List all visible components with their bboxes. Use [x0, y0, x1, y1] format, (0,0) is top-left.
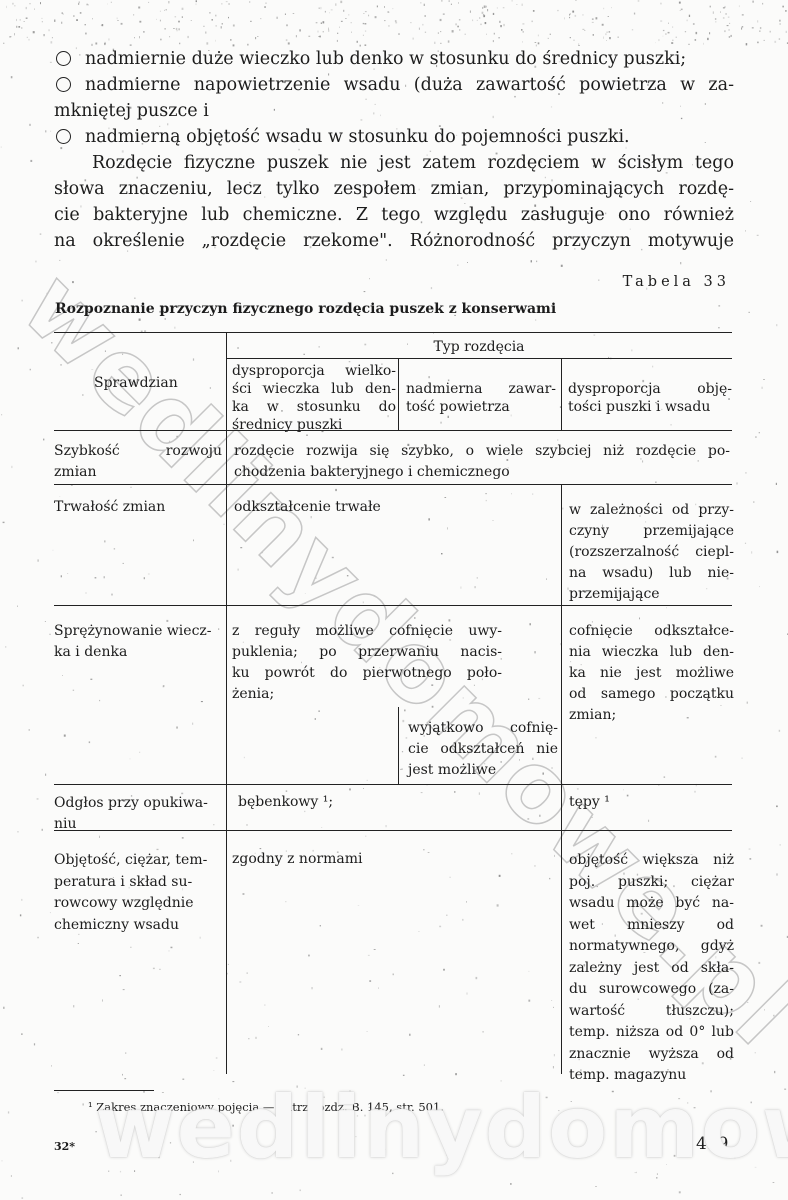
- header-col-2: nadmierna zawar-tość powietrza: [406, 380, 556, 416]
- col-rule: [226, 332, 227, 1074]
- row-rule: [54, 605, 732, 606]
- paragraph-line: cie bakteryjne lub chemiczne. Z tego wzg…: [54, 202, 734, 228]
- watermark-bottom: wedlinydomowe.pl: [95, 1078, 788, 1178]
- cell-line: peratura i skład su-: [54, 872, 207, 894]
- cell-line: ka i denka: [54, 642, 212, 663]
- cell-line: tości puszki i wsadu: [568, 398, 732, 416]
- bullet-item: nadmierne napowietrzenie wsadu (duża zaw…: [54, 72, 734, 98]
- cell-line: du surowcowego (za-: [569, 979, 734, 1001]
- bullet-text: nadmiernie duże wieczko lub denko w stos…: [85, 46, 686, 72]
- circle-bullet-icon: [56, 77, 71, 92]
- circle-bullet-icon: [56, 129, 71, 144]
- cell-line: wartość tłuszczu);: [569, 1001, 734, 1023]
- bullet-text: nadmierne napowietrzenie wsadu (duża zaw…: [85, 72, 734, 98]
- row-value-col3: objętość większa niżpoj. puszki; ciężarw…: [569, 850, 734, 1087]
- cell-line: w zależności od przy-: [569, 500, 734, 521]
- footnote-rule: [54, 1090, 154, 1091]
- intro-text: nadmiernie duże wieczko lub denko w stos…: [54, 46, 734, 254]
- cell-line: zmian;: [569, 705, 734, 726]
- cell-line: rowcowy względnie: [54, 893, 207, 915]
- row-value-col3: cofnięcie odkształce-nia wieczka lub den…: [569, 621, 734, 726]
- cell-line: z reguły możliwe cofnięcie uwy-: [232, 621, 502, 642]
- bullet-continuation: mkniętej puszce i: [54, 98, 734, 124]
- paragraph-line: na określenie „rozdęcie rzekome". Różnor…: [54, 228, 734, 254]
- cell-line: niu: [54, 814, 208, 835]
- row-merged-value: rozdęcie rozwija się szybko, o wiele szy…: [234, 441, 730, 483]
- cell-line: normatywnego, gdyż: [569, 936, 734, 958]
- cell-line: wet mnieszy od: [569, 915, 734, 937]
- bullet-item: nadmiernie duże wieczko lub denko w stos…: [54, 46, 734, 72]
- cell-line: ka w stosunku do: [232, 398, 396, 416]
- col-rule: [398, 358, 399, 430]
- cell-line: zgodny z normami: [232, 850, 362, 868]
- col-rule: [561, 358, 562, 430]
- row-value-col3: w zależności od przy-czyny przemijające(…: [569, 500, 734, 605]
- cell-line: Odgłos przy opukiwa-: [54, 793, 208, 814]
- cell-line: nadmierna zawar-: [406, 380, 556, 398]
- row-label: Sprężynowanie wiecz-ka i denka: [54, 621, 212, 663]
- row-label: Objętość, ciężar, tem-peratura i skład s…: [54, 850, 207, 936]
- cell-line: (rozszerzalność ciepl-: [569, 542, 734, 563]
- header-col-1: dysproporcja wielko-ści wieczka lub den-…: [232, 362, 396, 434]
- cell-line: żenia;: [232, 684, 502, 705]
- cell-line: dysproporcja obję-: [568, 380, 732, 398]
- cell-line: ści wieczka lub den-: [232, 380, 396, 398]
- page-number: 499: [696, 1134, 728, 1154]
- bullet-text: nadmierną objętość wsadu w stosunku do p…: [85, 124, 630, 150]
- table-rule-top: [54, 332, 732, 333]
- row-value-col2-sub: wyjątkowo cofnię-cie odkształceń niejest…: [408, 718, 558, 781]
- cell-line: objętość większa niż: [569, 850, 734, 872]
- footnote: ¹ Zakres znaczeniowy pojęcia — patrz roz…: [88, 1100, 444, 1114]
- cell-line: temp. magazynu: [569, 1065, 734, 1087]
- row-value-col3: tępy ¹: [569, 793, 610, 811]
- header-col-3: dysproporcja obję-tości puszki i wsadu: [568, 380, 732, 416]
- cell-line: odkształcenie trwałe: [234, 498, 381, 516]
- cell-line: poj. puszki; ciężar: [569, 872, 734, 894]
- paragraph: Rozdęcie fizyczne puszek nie jest zatem …: [54, 150, 734, 254]
- cell-line: cofnięcie odkształce-: [569, 621, 734, 642]
- cell-line: ku powrót do pierwotnego poło-: [232, 663, 502, 684]
- cell-line: czyny przemijające: [569, 521, 734, 542]
- cell-line: puklenia; po przerwaniu nacis-: [232, 642, 502, 663]
- row-value-cols12: zgodny z normami: [232, 850, 362, 868]
- sheet-signature: 32*: [54, 1140, 75, 1153]
- bullet-item: nadmierną objętość wsadu w stosunku do p…: [54, 124, 734, 150]
- cell-line: tępy ¹: [569, 793, 610, 811]
- cell-line: od samego początku: [569, 684, 734, 705]
- row-label: Odgłos przy opukiwa-niu: [54, 793, 208, 835]
- row-label: Szybkość rozwojuzmian: [54, 441, 222, 483]
- cell-line: rozdęcie rozwija się szybko, o wiele szy…: [234, 441, 730, 462]
- paragraph-line: słowa znaczeniu, lecz tylko zespołem zmi…: [54, 176, 734, 202]
- cell-line: Trwałość zmian: [54, 498, 165, 516]
- cell-line: wsadu może być na-: [569, 893, 734, 915]
- cell-line: Szybkość rozwoju: [54, 441, 222, 462]
- col-rule: [561, 484, 562, 1074]
- cell-line: jest możliwe: [408, 760, 558, 781]
- cell-line: nia wieczka lub den-: [569, 642, 734, 663]
- row-value-cols12: bębenkowy ¹;: [238, 793, 333, 811]
- cell-line: wyjątkowo cofnię-: [408, 718, 558, 739]
- cell-line: znacznie wyższa od: [569, 1044, 734, 1066]
- header-group-rule: [226, 358, 732, 359]
- cell-line: ka nie jest możliwe: [569, 663, 734, 684]
- cell-line: średnicy puszki: [232, 416, 396, 434]
- cell-line: bębenkowy ¹;: [238, 793, 333, 811]
- cell-line: tość powietrza: [406, 398, 556, 416]
- row-rule: [54, 484, 732, 485]
- cell-line: zależny jest od skła-: [569, 958, 734, 980]
- cell-line: na wsadu) lub nie-: [569, 563, 734, 584]
- cell-line: temp. niższa od 0° lub: [569, 1022, 734, 1044]
- table-title: Rozpoznanie przyczyn fizycznego rozdęcia…: [55, 301, 556, 317]
- paragraph-line: Rozdęcie fizyczne puszek nie jest zatem …: [54, 150, 734, 176]
- row-label: Trwałość zmian: [54, 498, 165, 516]
- cell-line: cie odkształceń nie: [408, 739, 558, 760]
- col-rule-sub: [398, 707, 399, 784]
- cell-line: zmian: [54, 462, 222, 483]
- cell-line: dysproporcja wielko-: [232, 362, 396, 380]
- header-group: Typ rozdęcia: [226, 338, 732, 356]
- row-value-cols12: z reguły możliwe cofnięcie uwy-puklenia;…: [232, 621, 502, 705]
- cell-line: przemijające: [569, 584, 734, 605]
- row-value-cols12: odkształcenie trwałe: [234, 498, 381, 516]
- cell-line: chemiczny wsadu: [54, 915, 207, 937]
- cell-line: chodzenia bakteryjnego i chemicznego: [234, 462, 730, 483]
- row-rule: [54, 784, 732, 785]
- circle-bullet-icon: [56, 51, 71, 66]
- header-row-label: Sprawdzian: [94, 374, 178, 392]
- cell-line: Sprężynowanie wiecz-: [54, 621, 212, 642]
- cell-line: Objętość, ciężar, tem-: [54, 850, 207, 872]
- table-number: Tabela 33: [623, 274, 730, 290]
